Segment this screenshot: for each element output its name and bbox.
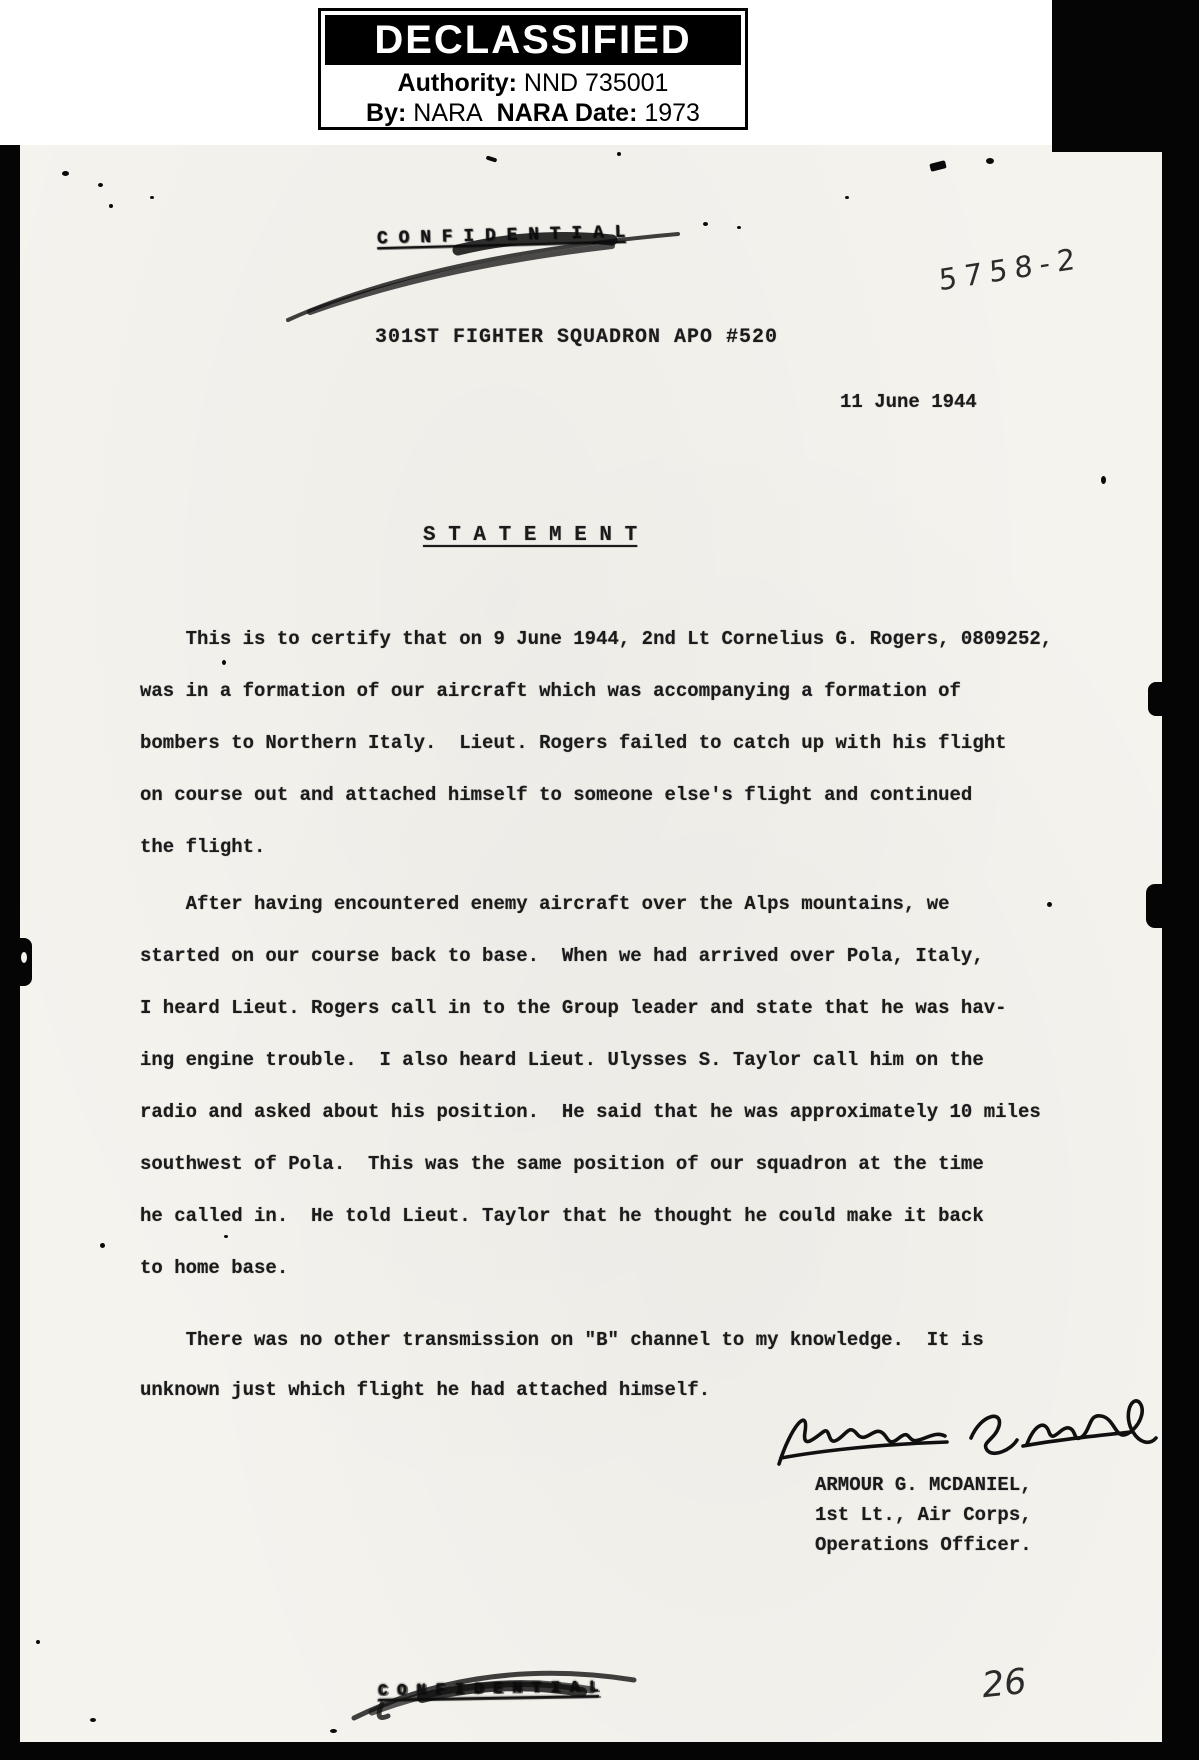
scan-speck	[100, 1243, 105, 1248]
nara-date-label: NARA Date:	[497, 99, 638, 127]
scan-speck	[1101, 476, 1106, 484]
signature-script	[775, 1392, 1160, 1474]
scan-speck	[330, 1729, 337, 1733]
body-paragraph-2: After having encountered enemy aircraft …	[140, 878, 1041, 1294]
signatory-name: ARMOUR G. MCDANIEL,	[815, 1474, 1032, 1496]
film-blemish	[1148, 682, 1164, 716]
scan-border-bottom	[0, 1742, 1199, 1760]
strike-through-marks-bottom	[330, 1638, 750, 1738]
film-blemish	[21, 952, 27, 963]
scan-speck	[845, 196, 849, 199]
scan-speck	[737, 226, 741, 229]
nara-date-value: 1973	[644, 99, 700, 127]
authority-line: Authority: NND 735001	[321, 69, 745, 98]
statement-heading: S T A T E M E N T	[423, 524, 637, 547]
authority-label: Authority:	[398, 69, 517, 97]
body-paragraph-1: This is to certify that on 9 June 1944, …	[140, 613, 1052, 873]
by-label: By:	[366, 99, 406, 127]
by-line: By: NARA NARA Date: 1973	[321, 99, 745, 128]
declassified-banner: DECLASSIFIED Authority: NND 735001 By: N…	[318, 8, 748, 130]
signatory-title: Operations Officer.	[815, 1534, 1032, 1556]
film-blemish	[1146, 884, 1164, 928]
scan-speck	[222, 660, 226, 665]
signatory-rank: 1st Lt., Air Corps,	[815, 1504, 1032, 1526]
declassified-title: DECLASSIFIED	[325, 15, 741, 65]
scan-speck	[224, 1235, 228, 1238]
authority-value: NND 735001	[524, 69, 669, 97]
signature-block: ARMOUR G. MCDANIEL,1st Lt., Air Corps,Op…	[815, 1470, 1032, 1560]
scan-speck	[1047, 902, 1052, 907]
scan-speck	[98, 183, 103, 187]
scan-speck	[90, 1718, 96, 1722]
document-scan: DECLASSIFIED Authority: NND 735001 By: N…	[0, 0, 1199, 1760]
scan-speck	[986, 158, 994, 164]
scan-speck	[36, 1640, 40, 1644]
scan-speck	[703, 222, 708, 226]
date-line: 11 June 1944	[840, 391, 977, 413]
scan-speck	[617, 152, 621, 156]
scan-border-right	[1162, 0, 1199, 1760]
squadron-line: 301ST FIGHTER SQUADRON APO #520	[375, 326, 778, 349]
scan-speck	[150, 196, 154, 199]
strike-through-marks-top	[280, 190, 710, 330]
scan-speck	[62, 171, 69, 176]
scan-speck	[109, 204, 113, 208]
by-value: NARA	[413, 99, 482, 127]
handwritten-page-number: 26	[980, 1662, 1028, 1706]
